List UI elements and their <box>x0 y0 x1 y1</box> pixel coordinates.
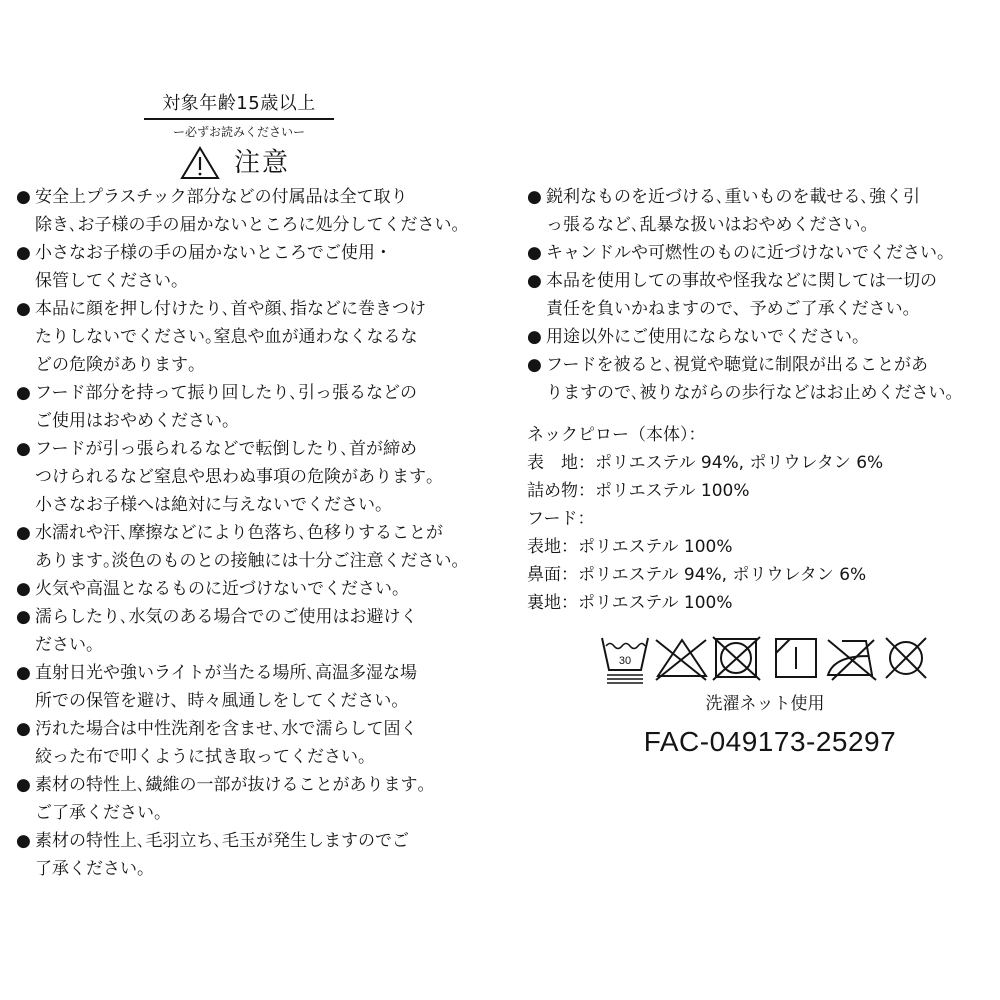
warning-item: ●濡らしたり､水気のある場合でのご使用はお避けください｡ <box>16 603 506 659</box>
materials-heading: フード： <box>527 505 883 533</box>
warning-line: あります｡淡色のものとの接触には十分ご注意ください｡ <box>35 547 460 575</box>
no-iron-icon <box>822 634 880 686</box>
bullet-icon: ● <box>16 379 35 435</box>
warning-item: ●フードが引っ張られるなどで転倒したり､首が締めつけられるなど窒息や思わぬ事項の… <box>16 435 506 519</box>
warning-item: ●鋭利なものを近づける､重いものを載せる､強く引っ張るなど､乱暴な扱いはおやめく… <box>527 183 997 239</box>
line-dry-shade-icon <box>766 634 822 686</box>
warning-line: 絞った布で叩くように拭き取ってください｡ <box>35 743 418 771</box>
material-row: 詰め物：ポリエステル 100% <box>527 477 883 505</box>
read-notice: ー必ずお読みくださいー <box>146 124 332 140</box>
warning-item: ●用途以外にご使用にならないでください｡ <box>527 323 997 351</box>
warning-line: フードが引っ張られるなどで転倒したり､首が締め <box>35 435 435 463</box>
warning-line: 鋭利なものを近づける､重いものを載せる､強く引 <box>546 183 920 211</box>
warning-line: ご使用はおやめください｡ <box>35 407 417 435</box>
warning-line: 素材の特性上､毛羽立ち､毛玉が発生しますのでご <box>35 827 409 855</box>
material-row: 裏地：ポリエステル 100% <box>527 589 883 617</box>
warning-line: つけられるなど窒息や思わぬ事項の危険があります｡ <box>35 463 435 491</box>
warning-line: フードを被ると､視覚や聴覚に制限が出ることがあ <box>546 351 954 379</box>
material-row: 表地：ポリエステル 100% <box>527 533 883 561</box>
material-row: 鼻面：ポリエステル 94%, ポリウレタン 6% <box>527 561 883 589</box>
material-row: 表 地：ポリエステル 94%, ポリウレタン 6% <box>527 449 883 477</box>
warning-line: たりしないでください｡窒息や血が通わなくなるな <box>35 323 426 351</box>
bullet-icon: ● <box>527 323 546 351</box>
bullet-icon: ● <box>16 771 35 827</box>
warning-item: ●安全上プラスチック部分などの付属品は全て取り除き､お子様の手の届かないところに… <box>16 183 506 239</box>
warning-line: ご了承ください｡ <box>35 799 426 827</box>
warning-line: 安全上プラスチック部分などの付属品は全て取り <box>35 183 460 211</box>
warning-item: ●素材の特性上､毛羽立ち､毛玉が発生しますのでご了承ください｡ <box>16 827 506 883</box>
warning-line: 水濡れや汗､摩擦などにより色落ち､色移りすることが <box>35 519 460 547</box>
warning-item: ●直射日光や強いライトが当たる場所､高温多湿な場所での保管を避け、時々風通しをし… <box>16 659 506 715</box>
warning-item: ●素材の特性上､繊維の一部が抜けることがあります｡ご了承ください｡ <box>16 771 506 827</box>
warning-item: ●火気や高温となるものに近づけないでください｡ <box>16 575 506 603</box>
warning-line: どの危険があります｡ <box>35 351 426 379</box>
bullet-icon: ● <box>16 239 35 295</box>
no-tumble-dry-icon <box>710 634 766 686</box>
bullet-icon: ● <box>527 351 546 407</box>
warning-line: フード部分を持って振り回したり､引っ張るなどの <box>35 379 417 407</box>
product-code: FAC-049173-25297 <box>620 724 920 760</box>
warning-triangle-icon <box>180 146 220 180</box>
warning-line: っ張るなど､乱暴な扱いはおやめください｡ <box>546 211 920 239</box>
no-dry-clean-icon <box>880 634 936 686</box>
warning-line: 濡らしたり､水気のある場合でのご使用はお避けく <box>35 603 418 631</box>
bullet-icon: ● <box>16 519 35 575</box>
warning-line: 保管してください｡ <box>35 267 392 295</box>
warning-line: 汚れた場合は中性洗剤を含ませ､水で濡らして固く <box>35 715 418 743</box>
bullet-icon: ● <box>16 659 35 715</box>
warning-line: 本品を使用しての事故や怪我などに関しては一切の <box>546 267 937 295</box>
caution-title: 注意 <box>234 146 290 180</box>
bullet-icon: ● <box>16 715 35 771</box>
bullet-icon: ● <box>527 239 546 267</box>
bullet-icon: ● <box>16 827 35 883</box>
caution-heading: 注意 <box>180 146 290 180</box>
warning-item: ●本品に顔を押し付けたり､首や顔､指などに巻きつけたりしないでください｡窒息や血… <box>16 295 506 379</box>
warning-item: ●フード部分を持って振り回したり､引っ張るなどのご使用はおやめください｡ <box>16 379 506 435</box>
warning-line: 了承ください｡ <box>35 855 409 883</box>
warning-line: 直射日光や強いライトが当たる場所､高温多湿な場 <box>35 659 417 687</box>
bullet-icon: ● <box>16 435 35 519</box>
warning-item: ●水濡れや汗､摩擦などにより色落ち､色移りすることがあります｡淡色のものとの接触… <box>16 519 506 575</box>
warning-line: 除き､お子様の手の届かないところに処分してください｡ <box>35 211 460 239</box>
warning-item: ●汚れた場合は中性洗剤を含ませ､水で濡らして固く絞った布で叩くように拭き取ってく… <box>16 715 506 771</box>
warning-line: 素材の特性上､繊維の一部が抜けることがあります｡ <box>35 771 426 799</box>
warning-line: 火気や高温となるものに近づけないでください｡ <box>35 575 401 603</box>
wash-temperature-label: 30 <box>619 655 631 667</box>
bullet-icon: ● <box>16 183 35 239</box>
care-symbols-row: 30 <box>598 634 936 686</box>
warning-line: 小さなお子様へは絶対に与えないでください｡ <box>35 491 435 519</box>
laundry-net-note: 洗濯ネット使用 <box>690 692 840 716</box>
bullet-icon: ● <box>16 295 35 379</box>
warning-line: 本品に顔を押し付けたり､首や顔､指などに巻きつけ <box>35 295 426 323</box>
wash-30-gentle-icon: 30 <box>598 634 654 686</box>
materials-list: ネックピロー（本体）： 表 地：ポリエステル 94%, ポリウレタン 6% 詰め… <box>527 421 883 617</box>
warning-line: 小さなお子様の手の届かないところでご使用・ <box>35 239 392 267</box>
age-underline-divider <box>144 118 334 120</box>
age-restriction-label: 対象年齢15歳以上 <box>146 92 332 116</box>
warnings-right-column: ●鋭利なものを近づける､重いものを載せる､強く引っ張るなど､乱暴な扱いはおやめく… <box>527 183 997 407</box>
bullet-icon: ● <box>527 183 546 239</box>
warnings-left-column: ●安全上プラスチック部分などの付属品は全て取り除き､お子様の手の届かないところに… <box>16 183 506 883</box>
warning-line: 用途以外にご使用にならないでください｡ <box>546 323 861 351</box>
warning-item: ●キャンドルや可燃性のものに近づけないでください｡ <box>527 239 997 267</box>
bullet-icon: ● <box>16 603 35 659</box>
warning-item: ●本品を使用しての事故や怪我などに関しては一切の責任を負いかねますので、予めご了… <box>527 267 997 323</box>
warning-line: 責任を負いかねますので、予めご了承ください｡ <box>546 295 937 323</box>
warning-line: ださい｡ <box>35 631 418 659</box>
warning-line: りますので､被りながらの歩行などはお止めください｡ <box>546 379 954 407</box>
bullet-icon: ● <box>527 267 546 323</box>
warning-line: キャンドルや可燃性のものに近づけないでください｡ <box>546 239 946 267</box>
bullet-icon: ● <box>16 575 35 603</box>
warning-item: ●フードを被ると､視覚や聴覚に制限が出ることがありますので､被りながらの歩行など… <box>527 351 997 407</box>
no-bleach-icon <box>654 634 710 686</box>
materials-heading: ネックピロー（本体）： <box>527 421 883 449</box>
warning-line: 所での保管を避け、時々風通しをしてください｡ <box>35 687 417 715</box>
warning-item: ●小さなお子様の手の届かないところでご使用・保管してください｡ <box>16 239 506 295</box>
